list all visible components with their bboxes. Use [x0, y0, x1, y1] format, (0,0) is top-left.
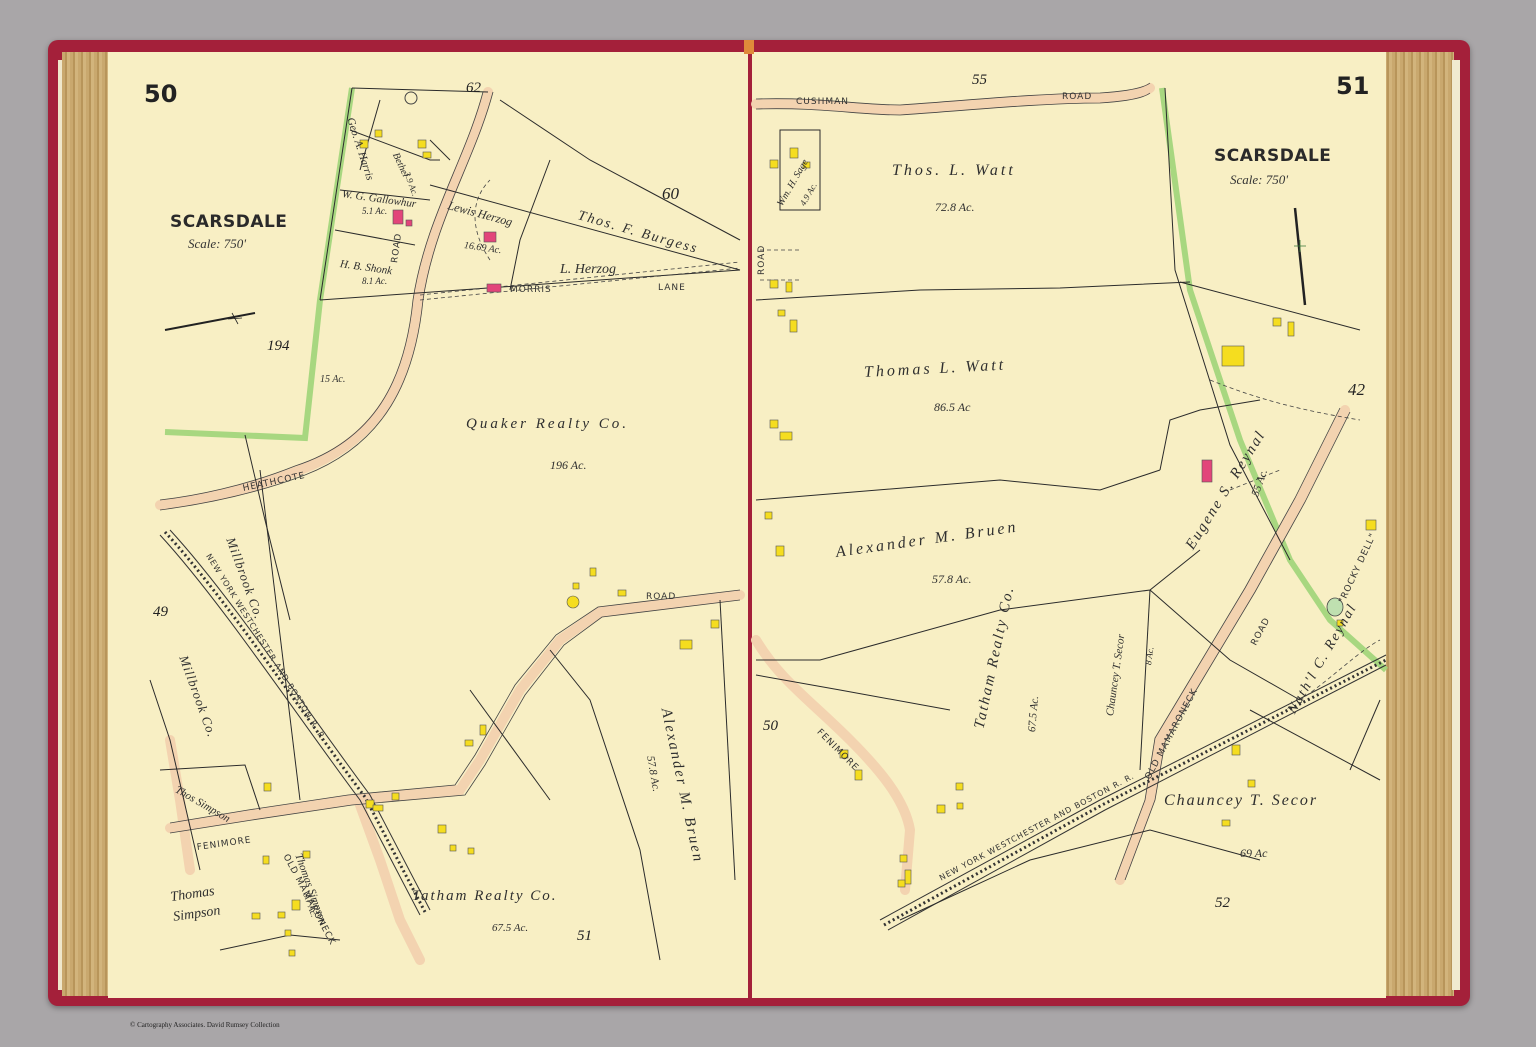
plate-ref-51: 51	[577, 928, 592, 945]
parcel-acreage: 69 Ac	[1240, 846, 1267, 861]
parcel-acreage: 57.8 Ac.	[932, 572, 971, 587]
road-label: ROAD	[757, 245, 767, 275]
buildings	[252, 130, 1376, 956]
parcel-acreage: 5.1 Ac.	[362, 206, 387, 216]
parcel-owner: L. Herzog	[560, 262, 616, 278]
plate-ref-49: 49	[153, 604, 168, 621]
parcel-acreage: 67.5 Ac.	[492, 922, 528, 934]
image-credit: © Cartography Associates. David Rumsey C…	[130, 1021, 280, 1029]
plate-ref-50: 50	[763, 718, 778, 735]
road-label: CUSHMAN	[796, 97, 849, 107]
parcel-acreage: 8.1 Ac.	[362, 276, 387, 286]
parcel-acreage: 196 Ac.	[550, 458, 586, 473]
road-label: ROAD	[646, 592, 676, 602]
plate-ref-55: 55	[972, 72, 987, 89]
left-page-number: 50	[144, 80, 177, 108]
plate-ref-194: 194	[267, 338, 290, 355]
parcel-acreage: 72.8 Ac.	[935, 200, 974, 215]
municipal-boundary	[165, 88, 1386, 670]
roads	[160, 88, 1345, 960]
road-label: MORRIS	[510, 285, 552, 295]
right-page-number: 51	[1336, 72, 1369, 100]
plate-ref-60: 60	[662, 184, 679, 204]
parcel-owner: Thos. L. Watt	[892, 162, 1016, 180]
parcel-acreage: 15 Ac.	[320, 374, 345, 385]
road-label: LANE	[658, 283, 686, 293]
left-map-scale: Scale: 750'	[188, 236, 246, 252]
plate-ref-42: 42	[1348, 380, 1365, 400]
plate-ref-62: 62	[466, 80, 481, 97]
north-arrow-left	[165, 313, 255, 330]
road-label: ROAD	[1062, 92, 1092, 102]
parcel-owner: Chauncey T. Secor	[1164, 792, 1318, 810]
parcel-owner: Quaker Realty Co.	[466, 416, 629, 433]
circular-drive	[405, 92, 417, 104]
plate-ref-52: 52	[1215, 895, 1230, 912]
buildings-brick	[393, 210, 1212, 482]
right-map-title: SCARSDALE	[1214, 146, 1331, 166]
parcel-owner: Tatham Realty Co.	[412, 888, 558, 905]
parcel-acreage: 86.5 Ac	[934, 400, 970, 415]
right-map-scale: Scale: 750'	[1230, 172, 1288, 188]
left-map-title: SCARSDALE	[170, 212, 287, 232]
north-arrow-right	[1294, 208, 1306, 305]
